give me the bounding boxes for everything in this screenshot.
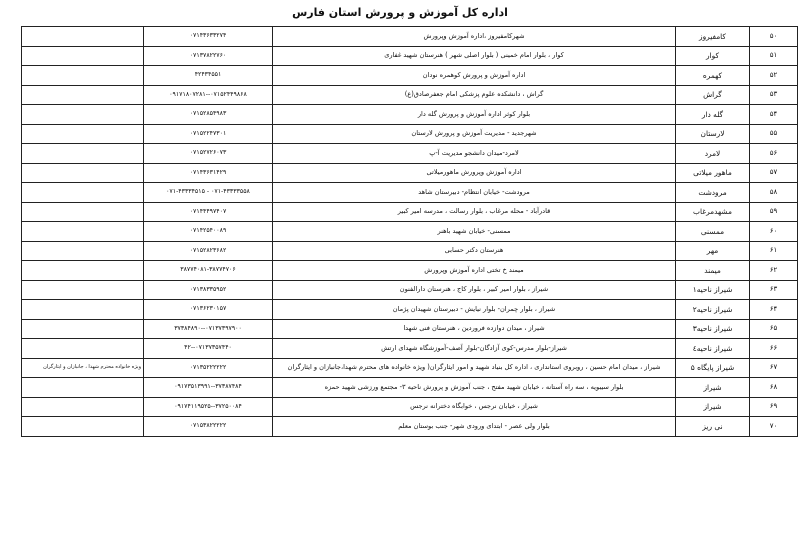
- phone-cell: ۰۷۱۳۵۲۲۲۲۲۲: [144, 358, 273, 378]
- row-number: ۶۷: [750, 358, 798, 378]
- address-cell: شهرجدید - مدیریت آموزش و پرورش لارستان: [273, 124, 676, 144]
- table-row: ۵۶لامردلامرد-میدان دانشجو مدیریت آ-پ۰۷۱۵…: [22, 144, 798, 164]
- phone-cell: ۰۷۱۵۲۸۵۴۹۸۳: [144, 105, 273, 125]
- row-number: ۶۴: [750, 300, 798, 320]
- row-number: ۵۵: [750, 124, 798, 144]
- note-cell: [22, 241, 144, 261]
- phone-cell: ۰۷۱۳۶۲۳۰۱۵۷: [144, 300, 273, 320]
- table-row: ۶۹شیرازشیراز ، خیابان نرجس ، خوابگاه دخت…: [22, 397, 798, 417]
- address-cell: شیراز ، بلوار چمران- بلوار نیایش - دبیرس…: [273, 300, 676, 320]
- city-cell: مشهدمرغاب: [676, 202, 750, 222]
- row-number: ۶۰: [750, 222, 798, 242]
- note-cell: [22, 397, 144, 417]
- address-cell: قادرآباد - محله مرغاب ، بلوار رسالت ، مد…: [273, 202, 676, 222]
- city-cell: نی ریز: [676, 417, 750, 437]
- address-cell: هنرستان دکتر حسابی: [273, 241, 676, 261]
- row-number: ۶۸: [750, 378, 798, 398]
- schools-table: ۵۰کامفیروزشهرکامفیروز ،اداره آموزش وپرور…: [21, 26, 798, 437]
- table-row: ۶۶شیراز ناحیه٤شیراز-بلوار مدرس-کوی آزادگ…: [22, 339, 798, 359]
- note-cell: [22, 378, 144, 398]
- phone-cell: ۰۷۱۳۷۸۲۲۷۶۰: [144, 46, 273, 66]
- city-cell: شیراز ناحیه۲: [676, 300, 750, 320]
- phone-cell: ۰۷۱۵۲۸۲۳۶۸۲: [144, 241, 273, 261]
- row-number: ۶۳: [750, 280, 798, 300]
- table-row: ۶۸شیرازبلوار سیبویه ، سه راه آستانه ، خی…: [22, 378, 798, 398]
- address-cell: ممسنی- خیابان شهید باهنر: [273, 222, 676, 242]
- table-row: ۶۳شیراز ناحیه۱شیراز ، بلوار امیر کبیر ، …: [22, 280, 798, 300]
- phone-cell: ۴۲۴۳۴۵۵۱: [144, 66, 273, 86]
- row-number: ۵۲: [750, 66, 798, 86]
- address-cell: لامرد-میدان دانشجو مدیریت آ-پ: [273, 144, 676, 164]
- address-cell: بلوار سیبویه ، سه راه آستانه ، خیابان شه…: [273, 378, 676, 398]
- city-cell: گراش: [676, 85, 750, 105]
- note-cell: [22, 66, 144, 86]
- phone-cell: ۰۷۱۴۳۶۳۱۴۲۹: [144, 163, 273, 183]
- table-row: ۵۸مرودشتمرودشت- خیابان انتظام- دبیرستان …: [22, 183, 798, 203]
- note-cell: [22, 222, 144, 242]
- city-cell: گله دار: [676, 105, 750, 125]
- note-cell: [22, 105, 144, 125]
- note-cell: [22, 163, 144, 183]
- note-cell: [22, 339, 144, 359]
- phone-cell: ۰۷۱۵۳۸۲۲۲۲۲: [144, 417, 273, 437]
- address-cell: اداره آموزش وپرورش ماهورمیلاتی: [273, 163, 676, 183]
- phone-cell: ۰۷۱۴۲۵۴۰۰۸۹: [144, 222, 273, 242]
- address-cell: میمند خ تختی اداره آموزش وپرورش: [273, 261, 676, 281]
- note-cell: [22, 202, 144, 222]
- row-number: ۷۰: [750, 417, 798, 437]
- table-row: ۵۳گراشگراش ، دانشکده علوم پزشکی امام جعف…: [22, 85, 798, 105]
- note-cell: [22, 85, 144, 105]
- address-cell: بلوار ولی عصر - ابتدای ورودی شهر- جنب بو…: [273, 417, 676, 437]
- table-row: ۶۴شیراز ناحیه۲شیراز ، بلوار چمران- بلوار…: [22, 300, 798, 320]
- page-title: اداره کل آموزش و پرورش استان فارس: [0, 6, 800, 19]
- note-cell: [22, 319, 144, 339]
- row-number: ۵۰: [750, 27, 798, 47]
- phone-cell: ۰۷۱۵۲۷۲۶۰۷۳: [144, 144, 273, 164]
- city-cell: شیراز: [676, 397, 750, 417]
- city-cell: کهمره: [676, 66, 750, 86]
- note-cell: [22, 261, 144, 281]
- note-cell: [22, 144, 144, 164]
- table-row: ۵۴گله داربلوار کوثر اداره آموزش و پرورش …: [22, 105, 798, 125]
- table-row: ۵۷ماهور میلاتیاداره آموزش وپرورش ماهورمی…: [22, 163, 798, 183]
- city-cell: شیراز ناحیه٤: [676, 339, 750, 359]
- city-cell: کامفیروز: [676, 27, 750, 47]
- row-number: ۶۱: [750, 241, 798, 261]
- city-cell: مرودشت: [676, 183, 750, 203]
- address-cell: بلوار کوثر اداره آموزش و پرورش گله دار: [273, 105, 676, 125]
- city-cell: ماهور میلاتی: [676, 163, 750, 183]
- city-cell: کوار: [676, 46, 750, 66]
- address-cell: اداره آموزش و پرورش کوهمره نودان: [273, 66, 676, 86]
- address-cell: شیراز ، خیابان نرجس ، خوابگاه دخترانه نر…: [273, 397, 676, 417]
- table-row: ۵۹مشهدمرغابقادرآباد - محله مرغاب ، بلوار…: [22, 202, 798, 222]
- city-cell: شیراز ناحیه۳: [676, 319, 750, 339]
- phone-cell: ۳۷۳۸۷۴۸۴--۰۹۱۷۳۵۱۳۹۹۱: [144, 378, 273, 398]
- city-cell: لارستان: [676, 124, 750, 144]
- phone-cell: ۳۷۲۵۰۰۸۴--۰۹۱۷۴۱۱۹۵۲۵: [144, 397, 273, 417]
- table-row: ۶۵شیراز ناحیه۳شیراز ، میدان دوازده فرورد…: [22, 319, 798, 339]
- address-cell: شیراز ، بلوار امیر کبیر ، بلوار کاج ، هن…: [273, 280, 676, 300]
- phone-cell: ۰۷۱۳۸۳۳۵۹۵۲: [144, 280, 273, 300]
- table-row: ۶۱مهرهنرستان دکتر حسابی۰۷۱۵۲۸۲۳۶۸۲: [22, 241, 798, 261]
- address-cell: مرودشت- خیابان انتظام- دبیرستان شاهد: [273, 183, 676, 203]
- row-number: ۶۵: [750, 319, 798, 339]
- row-number: ۶۲: [750, 261, 798, 281]
- address-cell: گراش ، دانشکده علوم پزشکی امام جعفرصادق(…: [273, 85, 676, 105]
- city-cell: لامرد: [676, 144, 750, 164]
- city-cell: شیراز پایگاه ۵: [676, 358, 750, 378]
- table-row: ۵۲کهمرهاداره آموزش و پرورش کوهمره نودان۴…: [22, 66, 798, 86]
- row-number: ۵۷: [750, 163, 798, 183]
- note-cell: [22, 124, 144, 144]
- note-cell: [22, 417, 144, 437]
- row-number: ۶۹: [750, 397, 798, 417]
- note-cell: [22, 280, 144, 300]
- row-number: ۵۸: [750, 183, 798, 203]
- phone-cell: ۳۸۷۷۴۰۸۱-۳۸۷۷۴۷۰۶: [144, 261, 273, 281]
- phone-cell: ۰۷۱۳۷۳۵۷۴۴۰--۴۲: [144, 339, 273, 359]
- note-cell: [22, 27, 144, 47]
- row-number: ۵۹: [750, 202, 798, 222]
- phone-cell: ۰۷۱۵۲۲۴۷۳۰۱: [144, 124, 273, 144]
- table-row: ۷۰نی ریزبلوار ولی عصر - ابتدای ورودی شهر…: [22, 417, 798, 437]
- address-cell: کوار ، بلوار امام خمینی ( بلوار اصلی شهر…: [273, 46, 676, 66]
- table-row: ۵۵لارستانشهرجدید - مدیریت آموزش و پرورش …: [22, 124, 798, 144]
- address-cell: شیراز-بلوار مدرس-کوی آزادگان-بلوار آصف-آ…: [273, 339, 676, 359]
- phone-cell: ۰۷۱۴۳۶۳۳۲۷۴: [144, 27, 273, 47]
- address-cell: شیراز ، میدان امام حسین ، روبروی استاندا…: [273, 358, 676, 378]
- table-row: ۶۰ممسنیممسنی- خیابان شهید باهنر۰۷۱۴۲۵۴۰۰…: [22, 222, 798, 242]
- note-cell: [22, 46, 144, 66]
- phone-cell: ۰۷۱۴۴۴۹۷۴۰۷: [144, 202, 273, 222]
- phone-cell: ۰۷۱۳۷۳۹۷۹۰۰--۳۷۳۸۴۸۹۰: [144, 319, 273, 339]
- row-number: ۵۶: [750, 144, 798, 164]
- city-cell: شیراز ناحیه۱: [676, 280, 750, 300]
- phone-cell: ۰۷۱۵۲۴۴۹۸۶۸--۰۹۱۷۱۸۰۷۲۸۱: [144, 85, 273, 105]
- note-cell: ویژه خانواده محترم شهدا ، جانبازان و ایث…: [22, 358, 144, 378]
- city-cell: شیراز: [676, 378, 750, 398]
- table-row: ۶۷شیراز پایگاه ۵شیراز ، میدان امام حسین …: [22, 358, 798, 378]
- city-cell: میمند: [676, 261, 750, 281]
- note-cell: [22, 183, 144, 203]
- table-row: ۶۲میمندمیمند خ تختی اداره آموزش وپرورش۳۸…: [22, 261, 798, 281]
- row-number: ۵۴: [750, 105, 798, 125]
- row-number: ۶۶: [750, 339, 798, 359]
- note-cell: [22, 300, 144, 320]
- city-cell: مهر: [676, 241, 750, 261]
- address-cell: شیراز ، میدان دوازده فروردین ، هنرستان ف…: [273, 319, 676, 339]
- table-row: ۵۰کامفیروزشهرکامفیروز ،اداره آموزش وپرور…: [22, 27, 798, 47]
- row-number: ۵۳: [750, 85, 798, 105]
- table-row: ۵۱کوارکوار ، بلوار امام خمینی ( بلوار اص…: [22, 46, 798, 66]
- address-cell: شهرکامفیروز ،اداره آموزش وپرورش: [273, 27, 676, 47]
- phone-cell: ۰۷۱-۴۳۳۳۳۵۵۸ - ۰۷۱-۴۳۳۳۴۵۱۵: [144, 183, 273, 203]
- row-number: ۵۱: [750, 46, 798, 66]
- city-cell: ممسنی: [676, 222, 750, 242]
